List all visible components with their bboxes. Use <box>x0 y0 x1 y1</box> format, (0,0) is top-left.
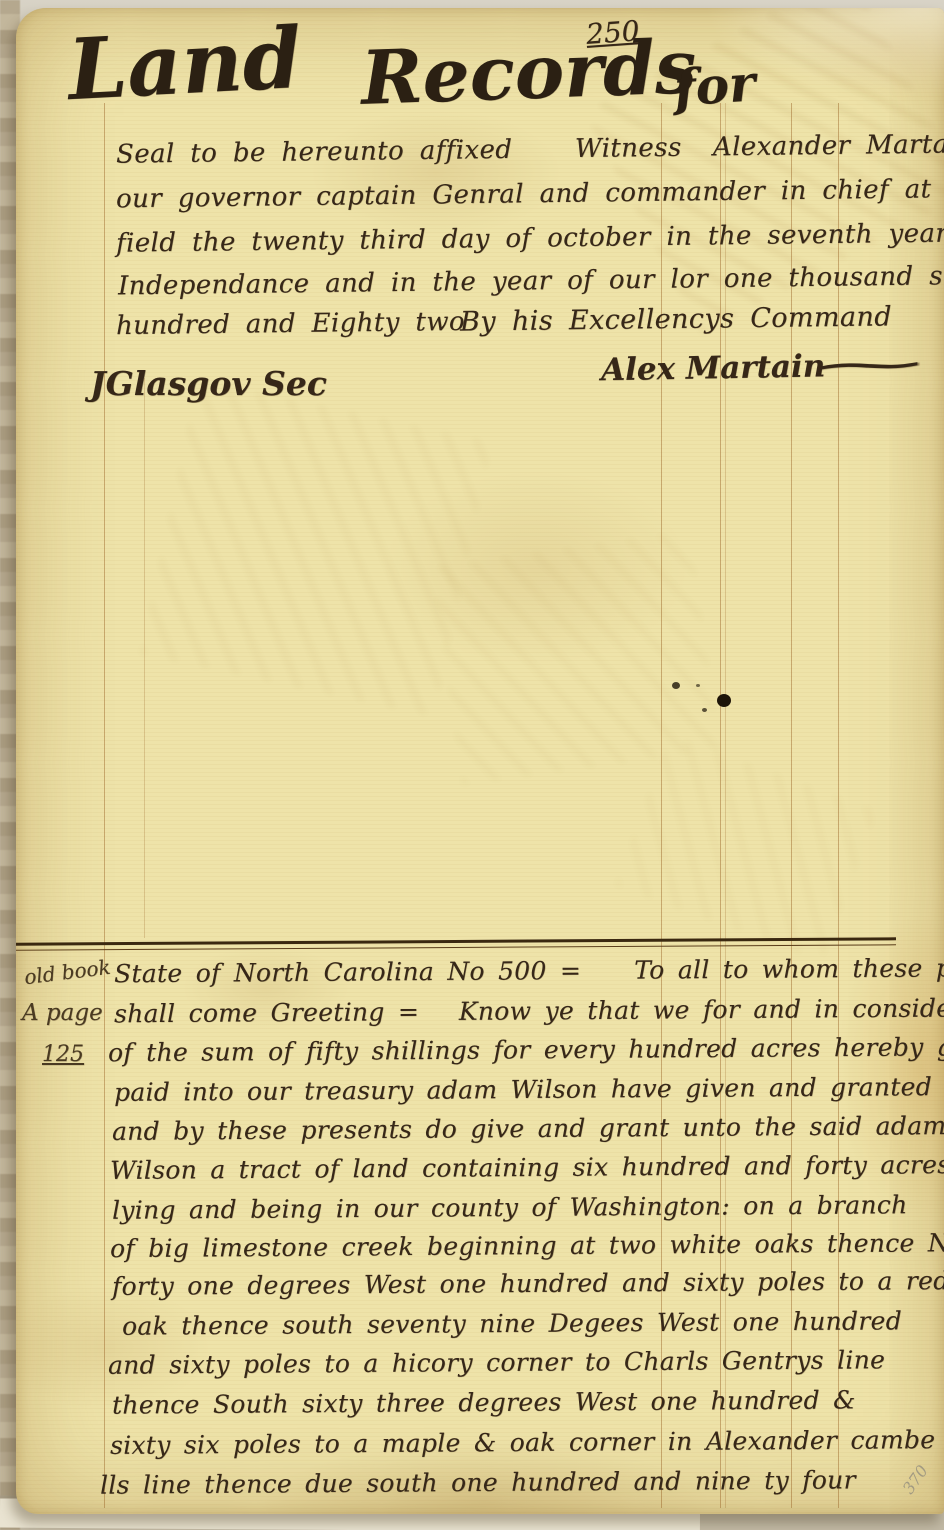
record2-line: thence South sixty three degrees West on… <box>112 1385 856 1419</box>
signature-flourish: ~ <box>804 346 935 384</box>
title-word-land: Land <box>66 8 304 119</box>
signature-glasgow: JGlasgov Sec <box>90 364 327 403</box>
record1-line: hundred and Eighty two <box>116 307 465 341</box>
ink-blot <box>696 684 700 687</box>
record2-line: of the sum of fifty shillings for every … <box>108 1032 944 1067</box>
record2-line: forty one degrees West one hundred and s… <box>112 1266 944 1301</box>
record2-line: lying and being in our county of Washing… <box>112 1190 908 1225</box>
record2-line: and by these presents do give and grant … <box>112 1111 944 1146</box>
ink-blot <box>672 682 680 689</box>
record1-attestation: By his Excellencys Command <box>460 301 892 337</box>
record2-line: shall come Greeting = Know ye that we fo… <box>114 993 944 1029</box>
signature-alex-martain-text: Alex Martain <box>601 348 826 388</box>
record2-line: of big limestone creek beginning at two … <box>110 1228 944 1263</box>
ink-blot <box>717 694 731 707</box>
ledger-page: 250 Land Records for Seal to be hereunto… <box>16 8 944 1514</box>
record2-line: Wilson a tract of land containing six hu… <box>110 1150 944 1185</box>
record2-line: and sixty poles to a hicory corner to Ch… <box>108 1345 885 1379</box>
record2-line: paid into our treasury adam Wilson have … <box>114 1072 932 1107</box>
title-word-for: for <box>672 53 757 118</box>
record2-line: State of North Carolina No 500 = To all … <box>114 953 944 989</box>
record2-line: sixty six poles to a maple & oak corner … <box>110 1425 936 1460</box>
record2-line: oak thence south seventy nine Degees Wes… <box>122 1306 902 1340</box>
margin-rule-left-2 <box>144 378 145 938</box>
margin-rule-left <box>104 103 105 1508</box>
signature-alex-martain: Alex Martain ~ <box>601 348 863 389</box>
title-word-records: Records <box>360 24 698 122</box>
scan-background: 250 Land Records for Seal to be hereunto… <box>0 0 944 1530</box>
margin-note-125: 125 <box>42 1042 84 1067</box>
record2-line: lls line thence due south one hundred an… <box>100 1465 856 1499</box>
ink-blot <box>702 708 707 712</box>
margin-note-apage: A page <box>22 1000 103 1026</box>
